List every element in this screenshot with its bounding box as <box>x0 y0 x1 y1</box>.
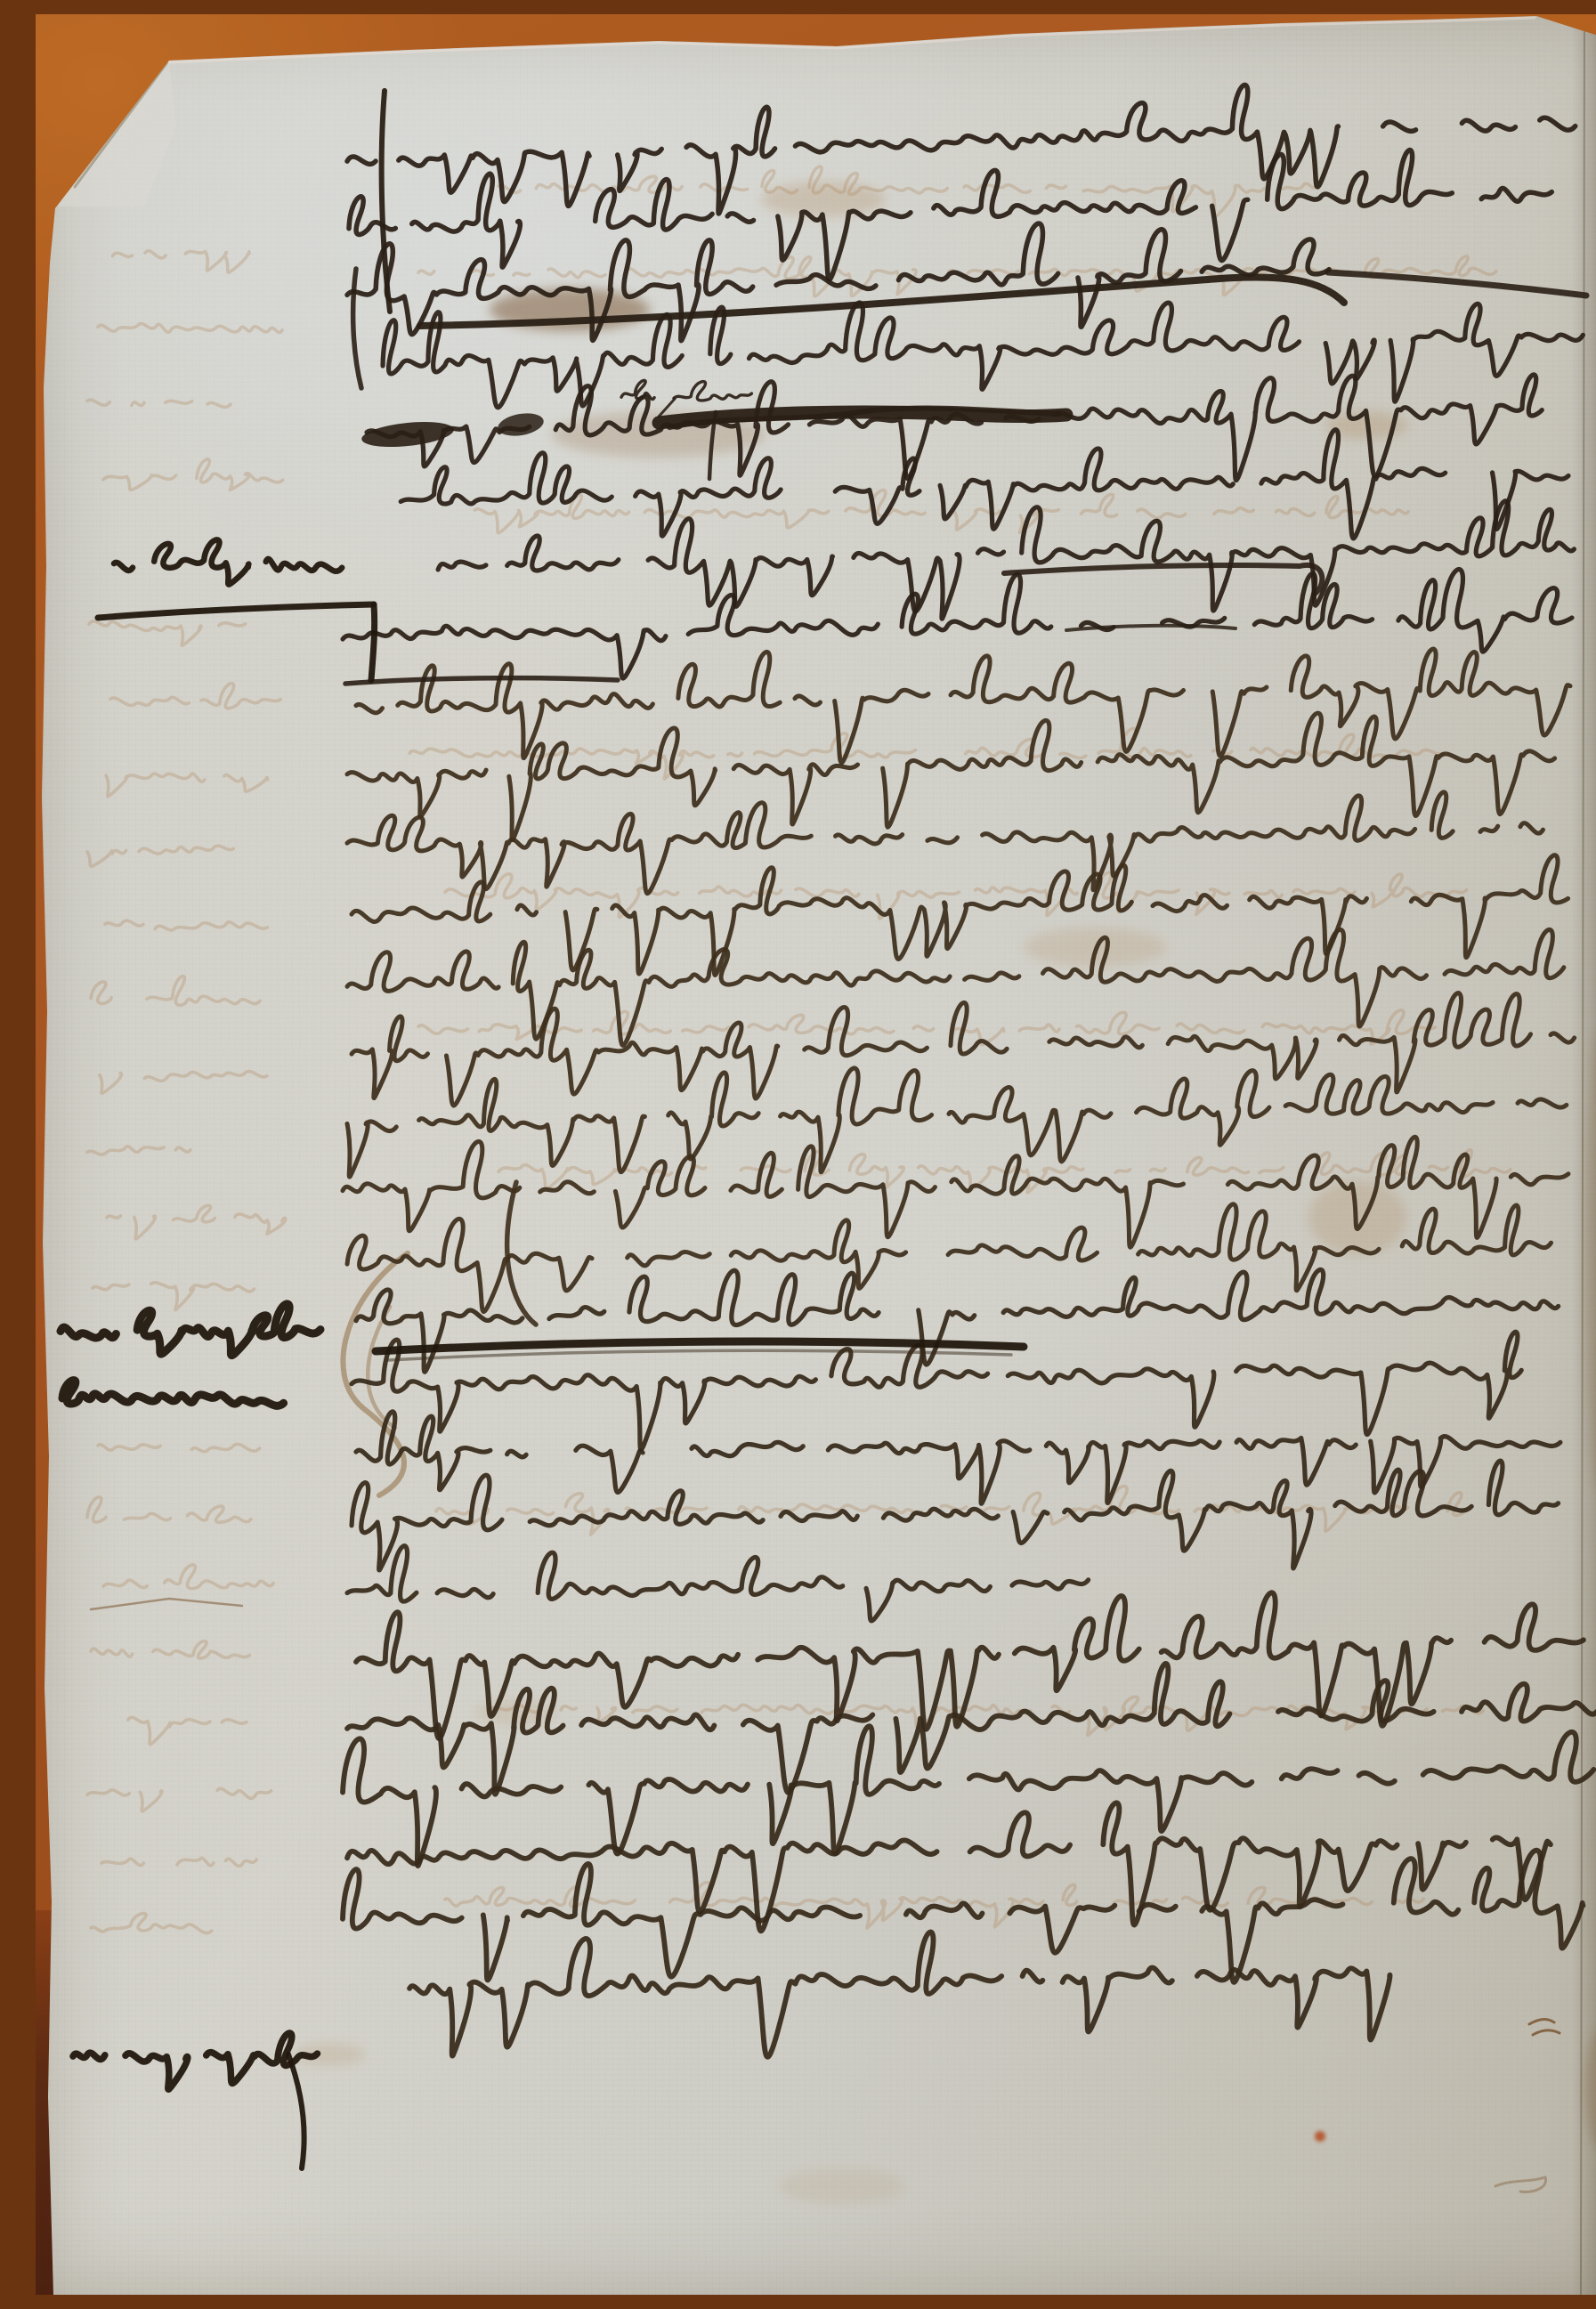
grain-overlay <box>36 14 1596 2295</box>
manuscript-artwork <box>36 14 1596 2295</box>
photograph-background: Photograph of a 16th-century handwritten… <box>36 14 1596 2295</box>
